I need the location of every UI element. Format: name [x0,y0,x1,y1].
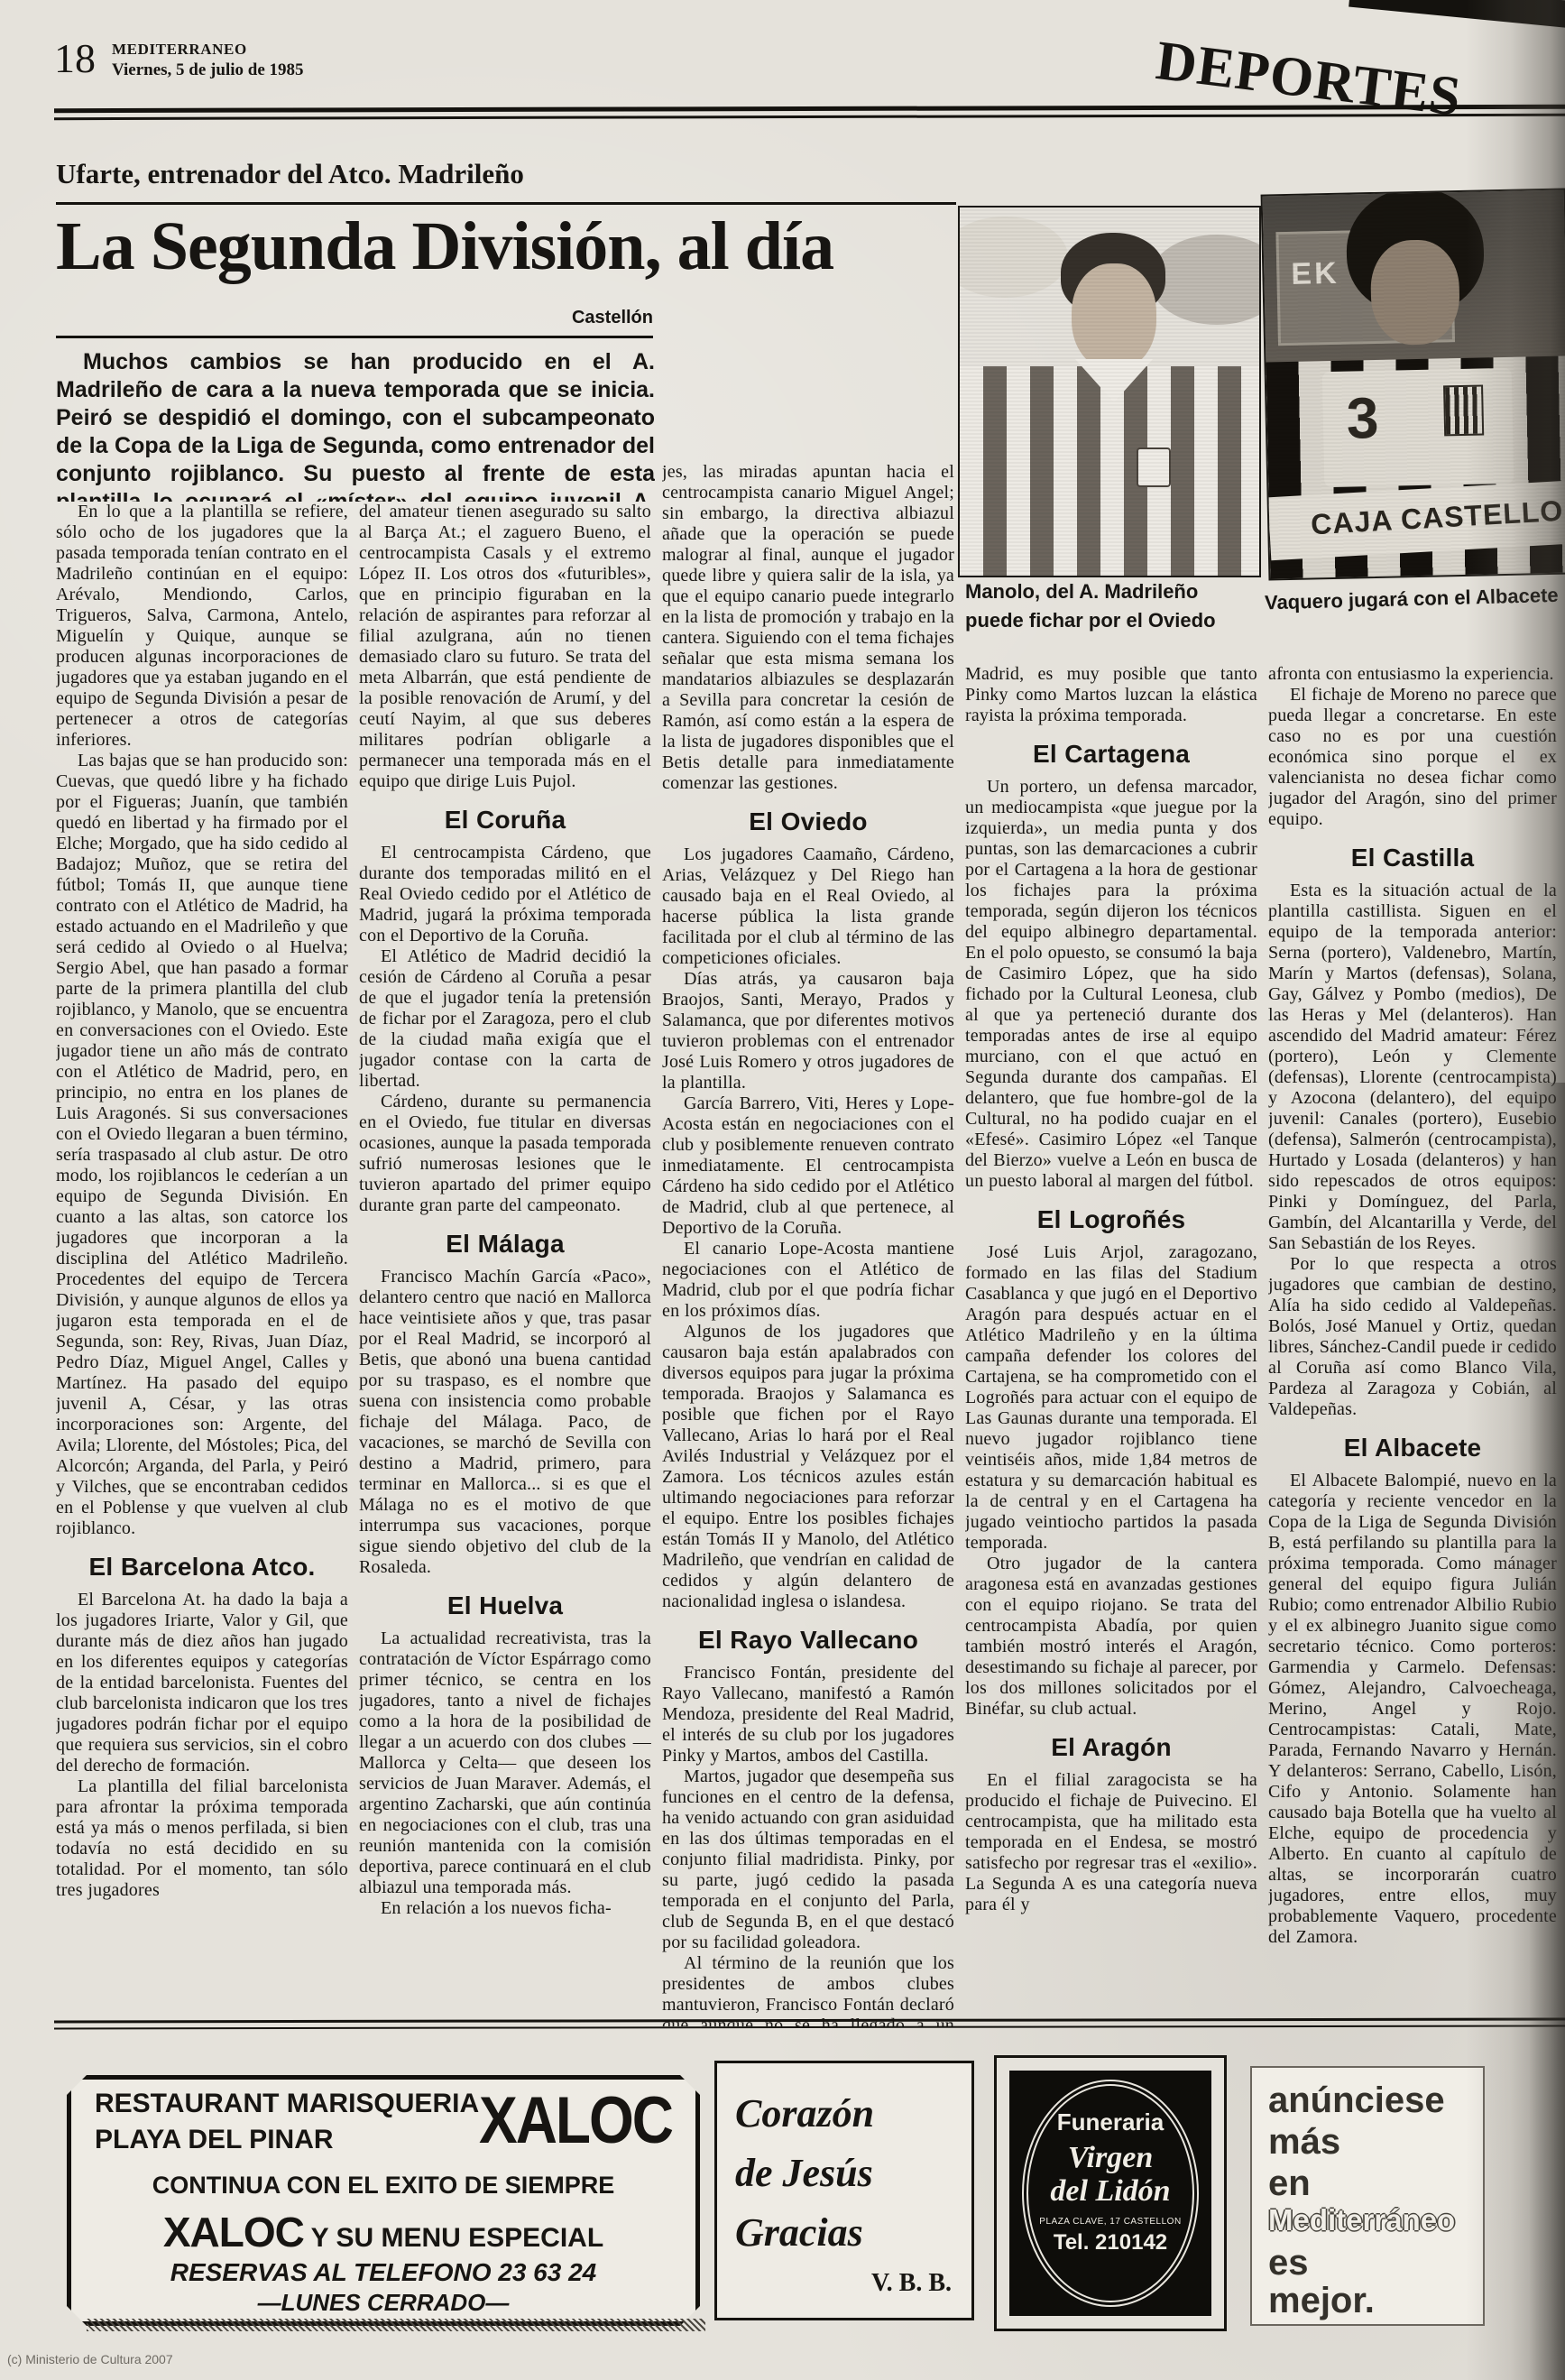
article-column-4: Madrid, es muy posible que tanto Pinky c… [965,664,1257,2026]
article-paragraph: El canario Lope-Acosta mantiene negociac… [662,1239,954,1322]
article-headline: La Segunda División, al día [56,211,967,283]
article-column-3: jes, las miradas apuntan hacia el centro… [662,462,954,2026]
ad-xaloc-menu-rest: Y SU MENU ESPECIAL [304,2223,603,2253]
article-paragraph: José Luis Arjol, zaragozano, formado en … [965,1242,1257,1554]
ad-xaloc-logo: XALOC [479,2087,672,2154]
article-paragraph: La actualidad recreativista, tras la con… [359,1628,651,1898]
club-subhead: El Cartagena [965,739,1257,770]
article-paragraph: García Barrero, Viti, Heres y Lope-Acost… [662,1093,954,1239]
ad-corazon-line1: Corazón [735,2094,874,2134]
club-subhead: El Coruña [359,805,651,835]
page-curl-shading [1529,1083,1565,2380]
ad-anunciese-line3: en [1268,2165,1311,2201]
ad-funeraria-name2: del Lidón [1009,2174,1211,2208]
ad-anunciese-line1: anúnciese [1268,2082,1445,2118]
photo-manolo [958,206,1261,577]
ad-funeraria-text: Funeraria Virgen del Lidón PLAZA CLAVE, … [1009,2071,1211,2316]
club-subhead: El Aragón [965,1732,1257,1763]
ad-corazon-line2: de Jesús [735,2154,873,2193]
ad-xaloc-line1: RESTAURANT MARISQUERIA [95,2090,479,2117]
article-paragraph: Francisco Fontán, presidente del Rayo Va… [662,1663,954,1767]
article-paragraph: Las bajas que se han producido son: Cuev… [56,751,348,1539]
ad-funeraria-address: PLAZA CLAVE, 17 CASTELLON [1009,2218,1211,2227]
club-subhead: El Huelva [359,1591,651,1621]
archive-credit: (c) Ministerio de Cultura 2007 [7,2353,173,2366]
ad-funeraria: Funeraria Virgen del Lidón PLAZA CLAVE, … [994,2055,1227,2331]
ad-anunciese-mediterraneo: anúnciese más en Mediterráneo es mejor. [1250,2066,1485,2326]
article-paragraph: Al término de la reunión que los preside… [662,1953,954,2026]
article-paragraph: La plantilla del filial barcelonista par… [56,1776,348,1901]
ad-corazon-de-jesus: Corazón de Jesús Gracias V. B. B. [714,2061,974,2320]
club-subhead: El Oviedo [662,807,954,837]
ad-xaloc-slogan: CONTINUA CON EL EXITO DE SIEMPRE [71,2173,695,2198]
article-column-1: En lo que a la plantilla se refiere, sól… [56,502,348,2026]
photo-grain [960,208,1259,576]
article-paragraph: En el filial zaragocista se ha producido… [965,1770,1257,1915]
article-paragraph: Los jugadores Caamaño, Cárdeno, Arias, V… [662,844,954,969]
header-rule [54,114,1565,120]
article-lead: Muchos cambios se han producido en el A.… [56,348,655,502]
page-number: 18 [54,38,96,79]
ad-funeraria-name1: Virgen [1009,2141,1211,2174]
article-paragraph: Francisco Machín García «Paco», delanter… [359,1267,651,1578]
ad-restaurant-xaloc: RESTAURANT MARISQUERIA PLAYA DEL PINAR X… [67,2075,700,2326]
article-paragraph: Cárdeno, durante su permanencia en el Ov… [359,1092,651,1216]
ad-funeraria-phone: Tel. 210142 [1009,2232,1211,2254]
article-paragraph: Días atrás, ya causaron baja Braojos, Sa… [662,969,954,1093]
article-paragraph: El Atlético de Madrid decidió la cesión … [359,946,651,1092]
ad-funeraria-panel: Funeraria Virgen del Lidón PLAZA CLAVE, … [1009,2071,1211,2316]
club-subhead: El Rayo Vallecano [662,1625,954,1656]
section-title: DEPORTES [1153,32,1464,125]
newspaper-page: 18 MEDITERRANEO Viernes, 5 de julio de 1… [0,0,1565,2380]
article-paragraph: El Barcelona At. ha dado la baja a los j… [56,1590,348,1776]
ad-xaloc-reservas: RESERVAS AL TELEFONO 23 63 24 [71,2260,695,2285]
article-paragraph: El centrocampista Cárdeno, que durante d… [359,843,651,946]
article-paragraph: Madrid, es muy posible que tanto Pinky c… [965,664,1257,726]
ad-corazon-signature: V. B. B. [871,2271,952,2296]
article-paragraph: Un portero, un defensa marcador, un medi… [965,777,1257,1192]
article-paragraph: En relación a los nuevos ficha- [359,1898,651,1919]
article-kicker: Ufarte, entrenador del Atco. Madrileño [56,159,524,189]
ad-corazon-line3: Gracias [735,2213,863,2253]
ad-anunciese-line5: es [1268,2245,1309,2281]
club-subhead: El Logroñés [965,1204,1257,1235]
ad-funeraria-title: Funeraria [1009,2110,1211,2134]
article-column-2: del amateur tienen asegurado su salto al… [359,502,651,2026]
article-byline: Castellón [56,309,653,327]
club-subhead: El Barcelona Atco. [56,1552,348,1582]
ad-xaloc-cerrado: —LUNES CERRADO— [71,2291,695,2314]
article-paragraph: Martos, jugador que desempeña sus funcio… [662,1767,954,1953]
ad-anunciese-line6: mejor. [1268,2283,1375,2319]
club-subhead: El Málaga [359,1229,651,1259]
edition-date: Viernes, 5 de julio de 1985 [112,61,304,78]
ad-anunciese-line2: más [1268,2124,1340,2160]
ad-xaloc-menu-brand: XALOC [163,2209,304,2255]
ad-shadow-hatch [87,2319,705,2331]
article-paragraph: En lo que a la plantilla se refiere, sól… [56,502,348,751]
ad-xaloc-menu-line: XALOC Y SU MENU ESPECIAL [71,2211,695,2253]
photo-caption-manolo: Manolo, del A. Madrileño puede fichar po… [965,577,1263,635]
article-paragraph: Algunos de los jugadores que causaron ba… [662,1322,954,1612]
article-paragraph: Otro jugador de la cantera aragonesa est… [965,1554,1257,1720]
article-paragraph: del amateur tienen asegurado su salto al… [359,502,651,792]
article-paragraph: jes, las miradas apuntan hacia el centro… [662,462,954,794]
kicker-rule [56,202,956,205]
ad-xaloc-line2: PLAYA DEL PINAR [95,2126,334,2154]
ad-anunciese-brand: Mediterráneo [1268,2205,1455,2235]
newspaper-name: MEDITERRANEO [112,42,247,57]
byline-rule [56,336,653,338]
